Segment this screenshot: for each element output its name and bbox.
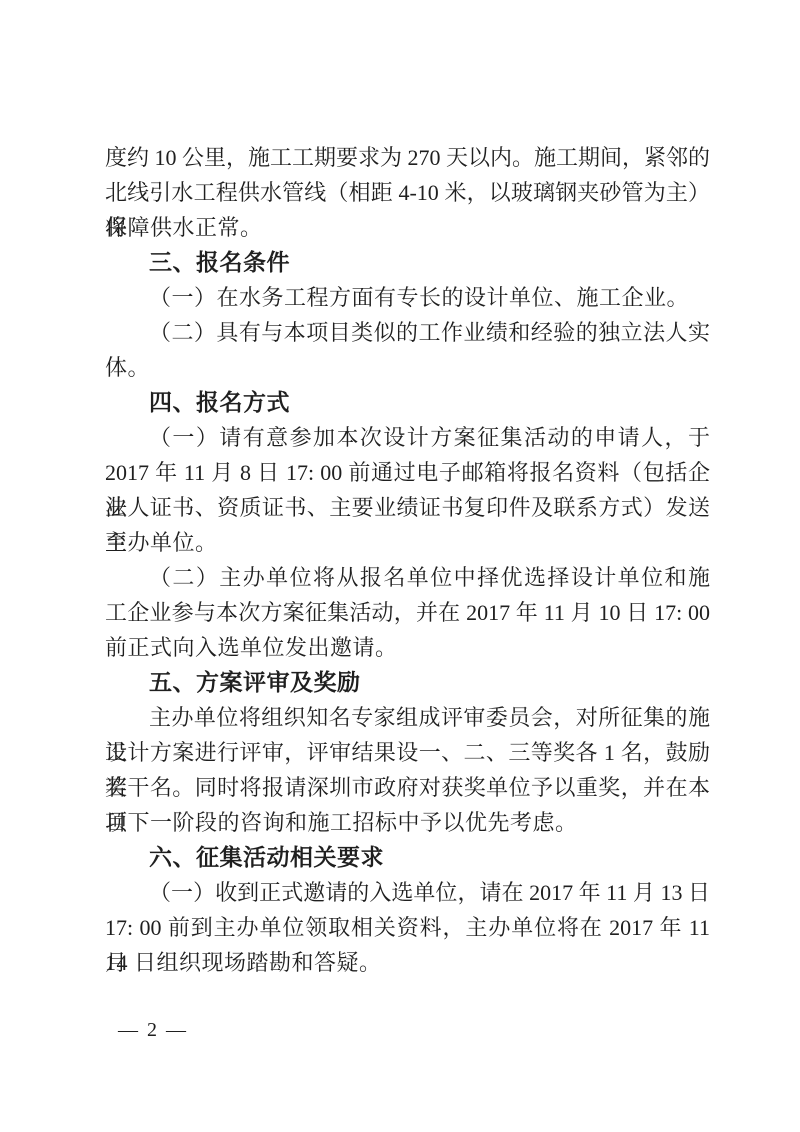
paragraph-line: 工企业参与本次方案征集活动，并在 2017 年 11 月 10 日 17: 00 <box>105 595 710 630</box>
document-page: 度约 10 公里，施工工期要求为 270 天以内。施工期间，紧邻的北线引水工程供… <box>0 0 800 1132</box>
paragraph-line: 法人证书、资质证书、主要业绩证书复印件及联系方式）发送至 <box>105 490 710 525</box>
section-heading: 六、征集活动相关要求 <box>105 840 710 875</box>
paragraph-line: 前正式向入选单位发出邀请。 <box>105 630 710 665</box>
paragraph-line: 17: 00 前到主办单位领取相关资料，主办单位将在 2017 年 11 月 <box>105 910 710 945</box>
paragraph-line: 若干名。同时将报请深圳市政府对获奖单位予以重奖，并在本项 <box>105 770 710 805</box>
document-body: 度约 10 公里，施工工期要求为 270 天以内。施工期间，紧邻的北线引水工程供… <box>105 140 710 980</box>
paragraph-line: 体。 <box>105 350 710 385</box>
paragraph-line: （一）在水务工程方面有专长的设计单位、施工企业。 <box>105 280 710 315</box>
paragraph-line: 目下一阶段的咨询和施工招标中予以优先考虑。 <box>105 805 710 840</box>
paragraph-line: 主办单位将组织知名专家组成评审委员会，对所征集的施工 <box>105 700 710 735</box>
page-number: — 2 — <box>118 1019 188 1041</box>
paragraph-line: （一）请有意参加本次设计方案征集活动的申请人，于 <box>105 420 710 455</box>
paragraph-line: 度约 10 公里，施工工期要求为 270 天以内。施工期间，紧邻的 <box>105 140 710 175</box>
section-heading: 三、报名条件 <box>105 245 710 280</box>
paragraph-line: 14 日组织现场踏勘和答疑。 <box>105 945 710 980</box>
paragraph-line: 2017 年 11 月 8 日 17: 00 前通过电子邮箱将报名资料（包括企业 <box>105 455 710 490</box>
section-heading: 四、报名方式 <box>105 385 710 420</box>
section-heading: 五、方案评审及奖励 <box>105 665 710 700</box>
paragraph-line: 设计方案进行评审，评审结果设一、二、三等奖各 1 名，鼓励奖 <box>105 735 710 770</box>
paragraph-line: （二）主办单位将从报名单位中择优选择设计单位和施 <box>105 560 710 595</box>
paragraph-line: 北线引水工程供水管线（相距 4-10 米，以玻璃钢夹砂管为主）将 <box>105 175 710 210</box>
paragraph-line: 主办单位。 <box>105 525 710 560</box>
paragraph-line: 保障供水正常。 <box>105 210 710 245</box>
paragraph-line: （二）具有与本项目类似的工作业绩和经验的独立法人实 <box>105 315 710 350</box>
paragraph-line: （一）收到正式邀请的入选单位，请在 2017 年 11 月 13 日 <box>105 875 710 910</box>
